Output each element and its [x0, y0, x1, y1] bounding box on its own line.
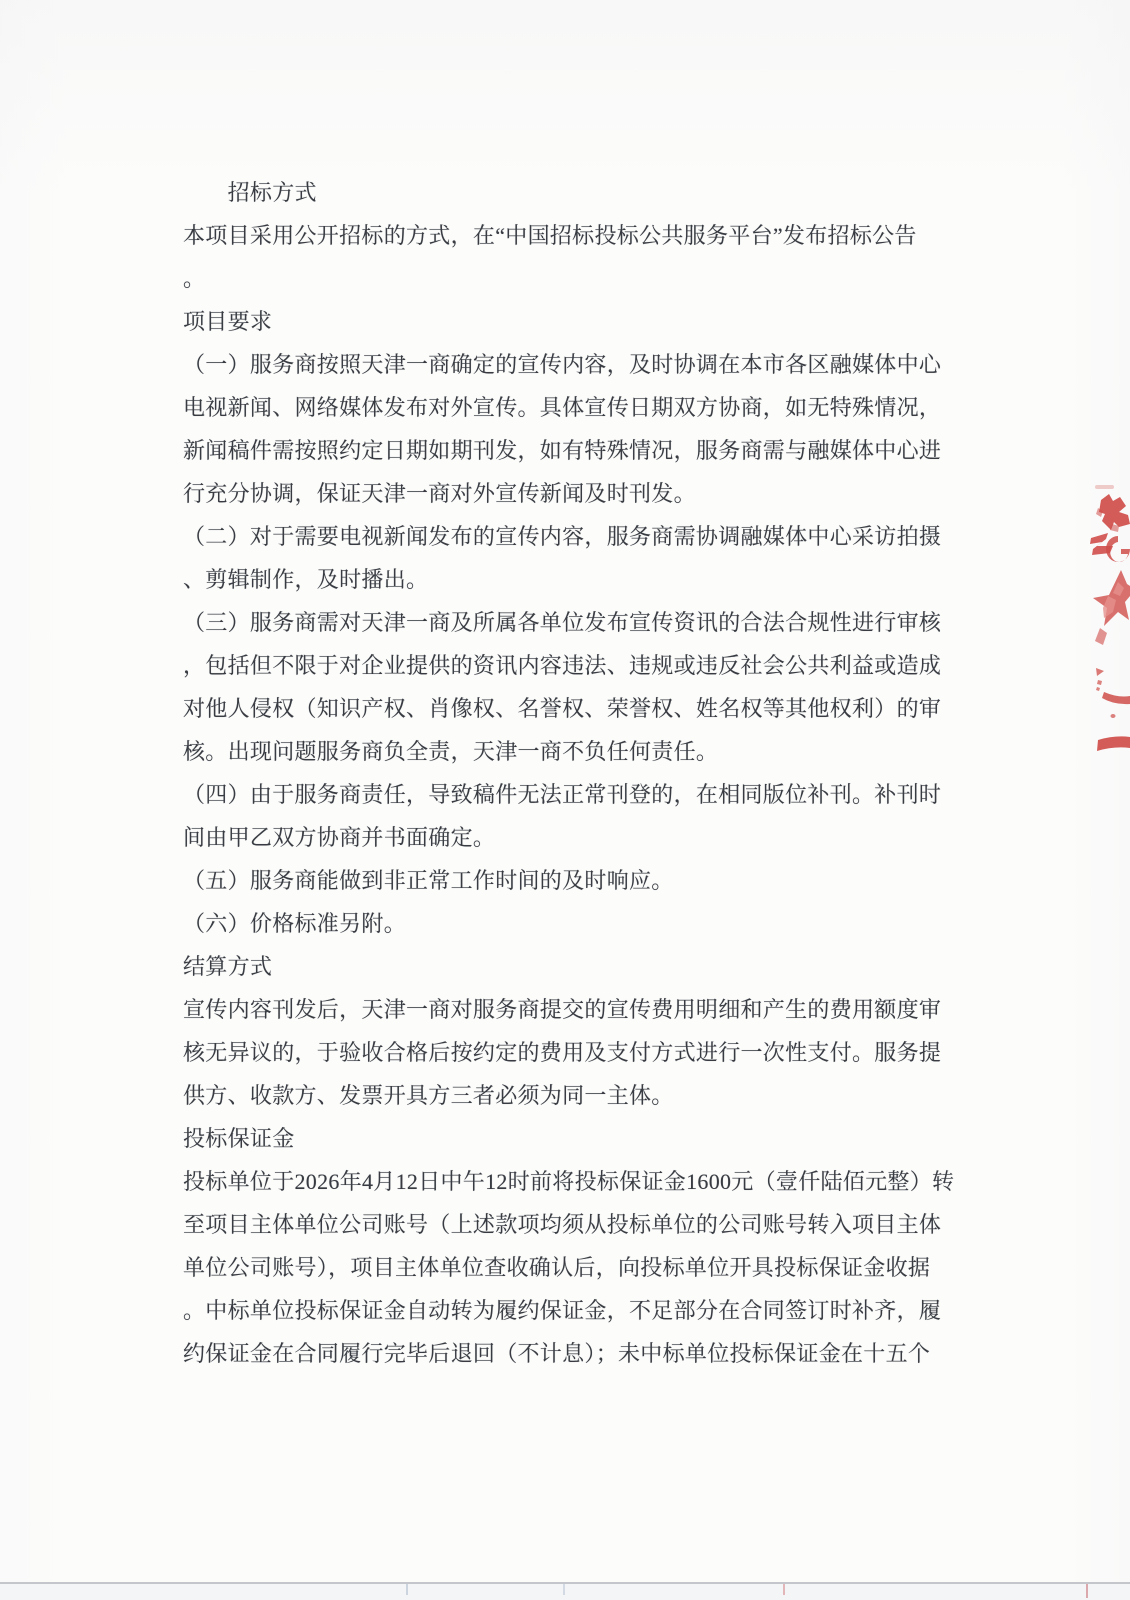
scan-artifact-tick: [406, 1584, 408, 1595]
text-line: 招标方式: [183, 171, 958, 214]
red-seal-icon: [1074, 478, 1130, 778]
text-line: ，包括但不限于对企业提供的资讯内容违法、违规或违反社会公共利益或造成: [183, 644, 958, 687]
scan-edge-strip: [0, 1584, 1130, 1600]
text-line: 至项目主体单位公司账号（上述款项均须从投标单位的公司账号转入项目主体: [183, 1203, 958, 1246]
text-line: 约保证金在合同履行完毕后退回（不计息）；未中标单位投标保证金在十五个: [183, 1332, 958, 1375]
document-text: 招标方式本项目采用公开招标的方式，在“中国招标投标公共服务平台”发布招标公告。项…: [183, 171, 958, 1375]
text-line: 间由甲乙双方协商并书面确定。: [183, 816, 958, 859]
text-line: （一）服务商按照天津一商确定的宣传内容，及时协调在本市各区融媒体中心: [183, 343, 958, 386]
official-seal-stamp-fragment: [1074, 478, 1130, 778]
text-line: 投标单位于2026年4月12日中午12时前将投标保证金1600元（壹仟陆佰元整）…: [183, 1160, 958, 1203]
scan-artifact-tick: [783, 1584, 785, 1595]
scan-artifact-tick: [563, 1584, 565, 1595]
text-line: （六）价格标准另附。: [183, 902, 958, 945]
text-line: 宣传内容刊发后，天津一商对服务商提交的宣传费用明细和产生的费用额度审: [183, 988, 958, 1031]
text-line: 项目要求: [183, 300, 958, 343]
text-line: 。: [183, 257, 958, 300]
scanned-page: 招标方式本项目采用公开招标的方式，在“中国招标投标公共服务平台”发布招标公告。项…: [0, 0, 1130, 1600]
text-line: 本项目采用公开招标的方式，在“中国招标投标公共服务平台”发布招标公告: [183, 214, 958, 257]
text-line: 、剪辑制作，及时播出。: [183, 558, 958, 601]
text-line: 核无异议的，于验收合格后按约定的费用及支付方式进行一次性支付。服务提: [183, 1031, 958, 1074]
text-line: 新闻稿件需按照约定日期如期刊发，如有特殊情况，服务商需与融媒体中心进: [183, 429, 958, 472]
text-line: 电视新闻、网络媒体发布对外宣传。具体宣传日期双方协商，如无特殊情况，: [183, 386, 958, 429]
text-line: 供方、收款方、发票开具方三者必须为同一主体。: [183, 1074, 958, 1117]
text-line: 核。出现问题服务商负全责，天津一商不负任何责任。: [183, 730, 958, 773]
text-line: 。中标单位投标保证金自动转为履约保证金，不足部分在合同签订时补齐，履: [183, 1289, 958, 1332]
text-line: 行充分协调，保证天津一商对外宣传新闻及时刊发。: [183, 472, 958, 515]
text-line: 结算方式: [183, 945, 958, 988]
text-line: （四）由于服务商责任，导致稿件无法正常刊登的，在相同版位补刊。补刊时: [183, 773, 958, 816]
text-line: 对他人侵权（知识产权、肖像权、名誉权、荣誉权、姓名权等其他权利）的审: [183, 687, 958, 730]
text-line: （五）服务商能做到非正常工作时间的及时响应。: [183, 859, 958, 902]
text-line: （三）服务商需对天津一商及所属各单位发布宣传资讯的合法合规性进行审核: [183, 601, 958, 644]
text-line: 投标保证金: [183, 1117, 958, 1160]
scan-artifact-tick: [1086, 1584, 1088, 1598]
text-line: （二）对于需要电视新闻发布的宣传内容，服务商需协调融媒体中心采访拍摄: [183, 515, 958, 558]
text-line: 单位公司账号），项目主体单位查收确认后，向投标单位开具投标保证金收据: [183, 1246, 958, 1289]
